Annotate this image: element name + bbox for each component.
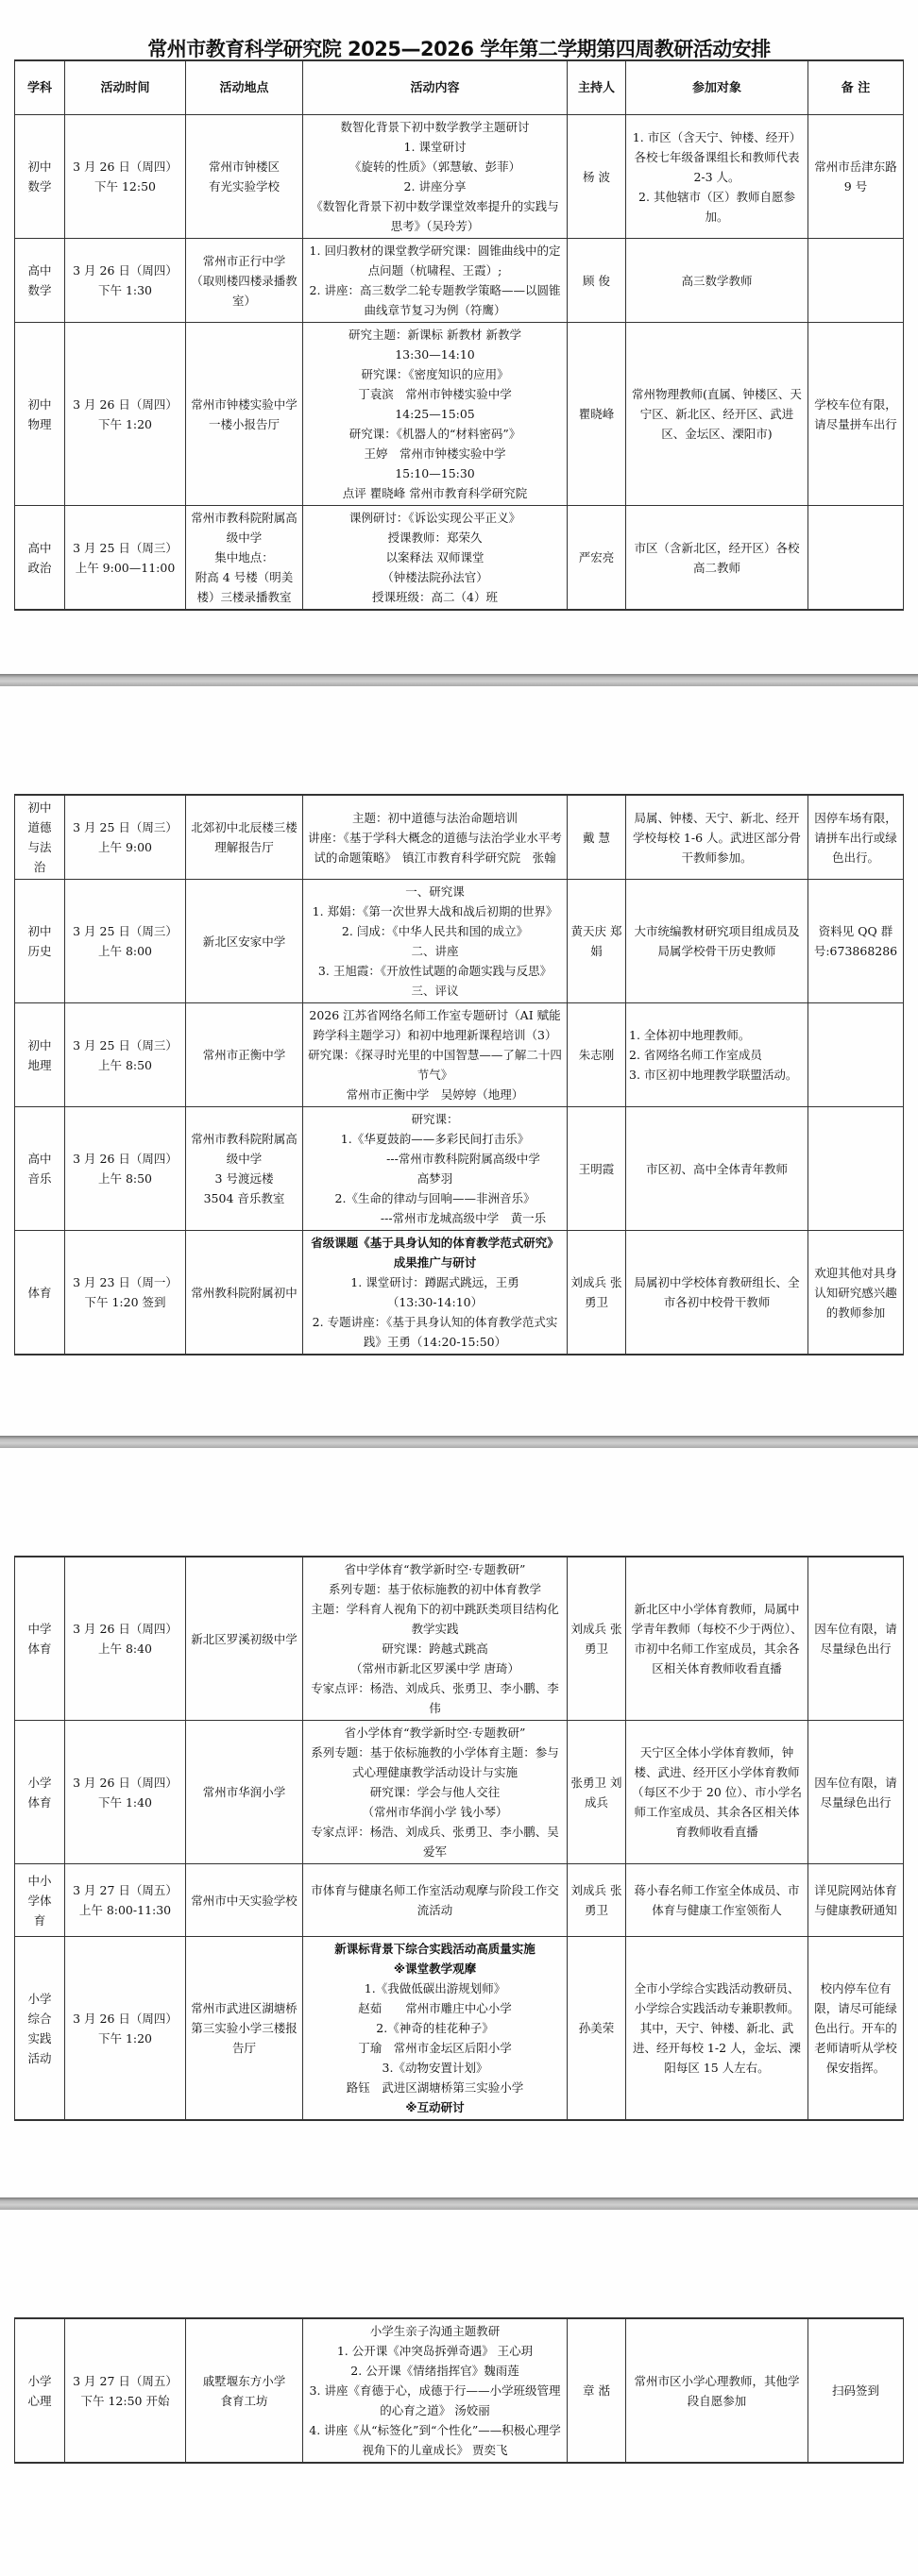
content-line: 三、评议 (306, 981, 564, 1001)
time-line: 3 月 27 日（周五） (68, 1880, 182, 1900)
subject-cell: 高中政治 (15, 506, 65, 611)
time-cell: 3 月 25 日（周三）上午 9:00—11:00 (65, 506, 186, 611)
time-line: 下午 1:20 (68, 2029, 182, 2048)
host-cell: 朱志刚 (568, 1003, 626, 1107)
host-cell: 瞿晓峰 (568, 323, 626, 506)
content-line: 1. 回归教材的课堂教学研究课：圆锥曲线中的定点问题（杭啸程、王霞）; (306, 241, 564, 280)
content-line: 1.《华夏鼓韵——多彩民间打击乐》 (306, 1129, 564, 1149)
content-cell: 省小学体育“教学新时空·专题教研”系列专题：基于依标施教的小学体育主题：参与式心… (303, 1721, 568, 1864)
content-line: 二、讲座 (306, 941, 564, 961)
subject-label: 初中数学 (26, 157, 53, 196)
time-line: 3 月 26 日（周四） (68, 395, 182, 414)
table-row: 初中历史3 月 25 日（周三）上午 8:00新北区安家中学一、研究课1. 郑娟… (15, 880, 904, 1003)
time-line: 下午 12:50 开始 (68, 2391, 182, 2411)
subject-cell: 高中数学 (15, 239, 65, 323)
notes-cell: 详见院网站体育与健康教研通知 (808, 1864, 904, 1937)
table-row: 高中政治3 月 25 日（周三）上午 9:00—11:00常州市教科院附属高级中… (15, 506, 904, 611)
host-cell: 孙美荣 (568, 1937, 626, 2121)
location-line: 有光实验学校 (189, 177, 299, 196)
time-line: 3 月 26 日（周四） (68, 261, 182, 280)
content-line: 2. 讲座：高三数学二轮专题教学策略——以圆锥曲线章节复习为例（符鹰） (306, 280, 564, 320)
notes-text: 因停车场有限，请拼车出行或绿色出行。 (811, 808, 900, 867)
content-cell: 新课标背景下综合实践活动高质量实施※课堂教学观摩1.《我做低碳出游规划师》赵茹 … (303, 1937, 568, 2121)
time-cell: 3 月 26 日（周四）下午 1:20 (65, 323, 186, 506)
content-line: 2. 专题讲座：《基于具身认知的体育教学范式实践》王勇（14:20-15:50） (306, 1312, 564, 1352)
time-line: 3 月 25 日（周三） (68, 538, 182, 558)
participants-line: 天宁区全体小学体育教师，钟楼、武进、经开区小学体育教师（每区不少于 20 位）、… (629, 1743, 805, 1842)
location-line: 常州市武进区湖塘桥第三实验小学三楼报告厅 (189, 1998, 299, 2058)
content-cell: 课例研讨：《诉讼实现公平正义》授课教师：郑荣久以案释法 双师课堂（钟楼法院孙法官… (303, 506, 568, 611)
location-line: 食育工坊 (189, 2391, 299, 2411)
time-line: 3 月 26 日（周四） (68, 1619, 182, 1639)
subject-cell: 高中音乐 (15, 1107, 65, 1231)
location-line: 常州市钟楼实验中学 (189, 395, 299, 414)
subject-cell: 初中物理 (15, 323, 65, 506)
host-cell: 张勇卫 刘成兵 (568, 1721, 626, 1864)
location-cell: 常州市武进区湖塘桥第三实验小学三楼报告厅 (186, 1937, 303, 2121)
participants-line: 新北区中小学体育教师，局属中学青年教师（每校不少于两位）、市初中名师工作室成员，… (629, 1599, 805, 1678)
content-line: 2.《神奇的桂花种子》 (306, 2018, 564, 2038)
subject-label: 初中物理 (26, 395, 53, 434)
location-cell: 北郊初中北辰楼三楼理解报告厅 (186, 795, 303, 880)
subject-label: 初中道德与法治 (26, 798, 53, 877)
host-name: 朱志刚 (570, 1045, 622, 1065)
host-name: 刘成兵 张勇卫 (570, 1619, 622, 1658)
location-cell: 常州教科院附属初中 (186, 1231, 303, 1355)
location-line: 常州市中天实验学校 (189, 1891, 299, 1911)
location-line: 新北区罗溪初级中学 (189, 1629, 299, 1649)
content-cell: 1. 回归教材的课堂教学研究课：圆锥曲线中的定点问题（杭啸程、王霞）;2. 讲座… (303, 239, 568, 323)
host-name: 孙美荣 (570, 2018, 622, 2038)
content-line: 2026 江苏省网络名师工作室专题研讨（AI 赋能跨学科主题学习）和初中地理新课… (306, 1005, 564, 1045)
header-row: 学科活动时间活动地点活动内容主持人参加对象备 注 (15, 60, 904, 115)
table-row: 初中道德与法治3 月 25 日（周三）上午 9:00北郊初中北辰楼三楼理解报告厅… (15, 795, 904, 880)
content-line: 研究课：《探寻时光里的中国智慧——了解二十四节气》 (306, 1045, 564, 1085)
subject-label: 小学体育 (26, 1773, 53, 1812)
content-line: 省中学体育“教学新时空·专题教研” (306, 1559, 564, 1579)
participants-line: 大市统编教材研究项目组成员及局属学校骨干历史教师 (629, 921, 805, 961)
content-line: 专家点评：杨浩、刘成兵、张勇卫、李小鹏、李伟 (306, 1678, 564, 1718)
content-line: 省级课题《基于具身认知的体育教学范式研究》成果推广与研讨 (306, 1233, 564, 1272)
content-line: 《数智化背景下初中数学课堂效率提升的实践与思考》（吴玲芳） (306, 196, 564, 236)
time-line: 3 月 26 日（周四） (68, 2009, 182, 2029)
content-cell: 研究课：1.《华夏鼓韵——多彩民间打击乐》---常州市教科院附属高级中学高梦羽2… (303, 1107, 568, 1231)
content-cell: 市体育与健康名师工作室活动观摩与阶段工作交流活动 (303, 1864, 568, 1937)
table-row: 小学综合实践活动3 月 26 日（周四）下午 1:20常州市武进区湖塘桥第三实验… (15, 1937, 904, 2121)
time-cell: 3 月 26 日（周四）上午 8:50 (65, 1107, 186, 1231)
table-row: 初中数学3 月 26 日（周四）下午 12:50常州市钟楼区有光实验学校数智化背… (15, 115, 904, 239)
time-cell: 3 月 23 日（周一）下午 1:20 签到 (65, 1231, 186, 1355)
participants-cell: 局属、钟楼、天宁、新北、经开学校每校 1-6 人。武进区部分骨干教师参加。 (626, 795, 808, 880)
location-line: 常州市钟楼区 (189, 157, 299, 177)
host-cell: 顾 俊 (568, 239, 626, 323)
location-cell: 常州市正行中学（取则楼四楼录播教室） (186, 239, 303, 323)
time-line: 下午 1:20 签到 (68, 1292, 182, 1312)
content-line: ---常州市教科院附属高级中学 (306, 1149, 564, 1169)
location-line: 一楼小报告厅 (189, 414, 299, 434)
subject-cell: 初中数学 (15, 115, 65, 239)
table-row: 初中物理3 月 26 日（周四）下午 1:20常州市钟楼实验中学一楼小报告厅研究… (15, 323, 904, 506)
participants-line: 市区（含新北区，经开区）各校高二教师 (629, 538, 805, 578)
notes-cell: 校内停车位有限，请尽可能绿色出行。开车的老师请听从学校保安指挥。 (808, 1937, 904, 2121)
column-header-time: 活动时间 (65, 60, 186, 115)
content-line: 《旋转的性质》（郭慧敏、彭菲） (306, 157, 564, 177)
content-line: 系列专题：基于依标施教的初中体育教学 (306, 1579, 564, 1599)
time-cell: 3 月 26 日（周四）上午 8:40 (65, 1557, 186, 1721)
subject-label: 小学综合实践活动 (26, 1989, 53, 2068)
content-line: 研究课：《机器人的“材料密码”》 (306, 424, 564, 444)
time-cell: 3 月 26 日（周四）下午 12:50 (65, 115, 186, 239)
time-line: 上午 9:00 (68, 837, 182, 857)
location-cell: 常州市正衡中学 (186, 1003, 303, 1107)
content-line: 高梦羽 (306, 1169, 564, 1188)
participants-line: 局属初中学校体育教研组长、全市各初中校骨干教师 (629, 1272, 805, 1312)
schedule-table-page-1: 学科活动时间活动地点活动内容主持人参加对象备 注初中数学3 月 26 日（周四）… (14, 59, 904, 611)
content-line: 1. 公开课《冲突岛拆弹奇遇》 王心玥 (306, 2341, 564, 2361)
content-cell: 研究主题：新课标 新教材 新教学13:30—14:10研究课：《密度知识的应用》… (303, 323, 568, 506)
time-cell: 3 月 26 日（周四）下午 1:30 (65, 239, 186, 323)
host-name: 戴 慧 (570, 828, 622, 848)
subject-cell: 初中历史 (15, 880, 65, 1003)
time-cell: 3 月 25 日（周三）上午 8:00 (65, 880, 186, 1003)
subject-label: 高中音乐 (26, 1149, 53, 1188)
location-cell: 常州市教科院附属高级中学集中地点：附高 4 号楼（明美楼）三楼录播教室 (186, 506, 303, 611)
content-line: 3.《动物安置计划》 (306, 2058, 564, 2078)
column-header-host: 主持人 (568, 60, 626, 115)
content-cell: 小学生亲子沟通主题教研1. 公开课《冲突岛拆弹奇遇》 王心玥2. 公开课《情绪指… (303, 2318, 568, 2463)
subject-cell: 初中道德与法治 (15, 795, 65, 880)
time-line: 上午 8:40 (68, 1639, 182, 1658)
host-cell: 王明霞 (568, 1107, 626, 1231)
time-cell: 3 月 26 日（周四）下午 1:20 (65, 1937, 186, 2121)
content-line: （钟楼法院孙法官） (306, 567, 564, 587)
participants-line: 2. 其他辖市（区）教师自愿参加。 (629, 187, 805, 227)
subject-label: 中小学体育 (26, 1871, 53, 1930)
host-cell: 刘成兵 张勇卫 (568, 1557, 626, 1721)
notes-cell: 常州市岳津东路 9 号 (808, 115, 904, 239)
notes-cell: 资料见 QQ 群号:673868286 (808, 880, 904, 1003)
content-line: 王婷 常州市钟楼实验中学 (306, 444, 564, 463)
content-line: 点评 瞿晓峰 常州市教育科学研究院 (306, 483, 564, 503)
participants-line: 高三数学教师 (629, 271, 805, 291)
table-row: 初中地理3 月 25 日（周三）上午 8:50常州市正衡中学2026 江苏省网络… (15, 1003, 904, 1107)
content-cell: 省级课题《基于具身认知的体育教学范式研究》成果推广与研讨1. 课堂研讨：蹲踞式跳… (303, 1231, 568, 1355)
location-line: 3504 音乐教室 (189, 1188, 299, 1208)
column-header-participants: 参加对象 (626, 60, 808, 115)
notes-text: 资料见 QQ 群号:673868286 (811, 921, 900, 961)
content-line: 常州市正衡中学 吴婷婷（地理） (306, 1085, 564, 1104)
participants-line: 1. 全体初中地理教师。 (629, 1025, 805, 1045)
location-line: （取则楼四楼录播教室） (189, 271, 299, 311)
participants-cell: 常州物理教师(直属、钟楼区、天宁区、新北区、经开区、武进区、金坛区、溧阳市) (626, 323, 808, 506)
participants-cell: 市区（含新北区，经开区）各校高二教师 (626, 506, 808, 611)
content-line: 研究主题：新课标 新教材 新教学 (306, 325, 564, 345)
content-line: ---常州市龙城高级中学 黄一乐 (306, 1208, 564, 1228)
content-line: ※课堂教学观摩 (306, 1959, 564, 1978)
content-line: 3. 王旭霞：《开放性试题的命题实践与反思》 (306, 961, 564, 981)
participants-cell: 大市统编教材研究项目组成员及局属学校骨干历史教师 (626, 880, 808, 1003)
time-line: 上午 8:00 (68, 941, 182, 961)
content-line: 3. 讲座《育德于心，成德于行——小学班级管理的心育之道》 汤姣丽 (306, 2381, 564, 2420)
notes-text: 因车位有限，请尽量绿色出行 (811, 1619, 900, 1658)
time-line: 上午 8:50 (68, 1169, 182, 1188)
host-cell: 章 湉 (568, 2318, 626, 2463)
subject-label: 高中数学 (26, 261, 53, 300)
notes-cell (808, 506, 904, 611)
host-name: 刘成兵 张勇卫 (570, 1880, 622, 1920)
participants-line: 3. 市区初中地理教学联盟活动。 (629, 1065, 805, 1085)
time-line: 3 月 25 日（周三） (68, 817, 182, 837)
subject-label: 体育 (26, 1283, 53, 1303)
time-line: 3 月 27 日（周五） (68, 2371, 182, 2391)
table-row: 体育3 月 23 日（周一）下午 1:20 签到常州教科院附属初中省级课题《基于… (15, 1231, 904, 1355)
host-cell: 杨 波 (568, 115, 626, 239)
content-line: 1. 课堂研讨 (306, 137, 564, 157)
content-line: 小学生亲子沟通主题教研 (306, 2321, 564, 2341)
table-row: 小学体育3 月 26 日（周四）下午 1:40常州市华润小学省小学体育“教学新时… (15, 1721, 904, 1864)
participants-cell: 局属初中学校体育教研组长、全市各初中校骨干教师 (626, 1231, 808, 1355)
content-line: 市体育与健康名师工作室活动观摩与阶段工作交流活动 (306, 1880, 564, 1920)
page-break-separator (0, 2197, 918, 2210)
table-row: 中小学体育3 月 27 日（周五）上午 8:00-11:30常州市中天实验学校市… (15, 1864, 904, 1937)
notes-cell: 学校车位有限，请尽量拼车出行 (808, 323, 904, 506)
content-line: 研究课：《密度知识的应用》 (306, 364, 564, 384)
location-cell: 新北区安家中学 (186, 880, 303, 1003)
column-header-location: 活动地点 (186, 60, 303, 115)
page-break-separator (0, 674, 918, 686)
notes-cell: 欢迎其他对具身认知研究感兴趣的教师参加 (808, 1231, 904, 1355)
host-name: 刘成兵 张勇卫 (570, 1272, 622, 1312)
participants-line: 蒋小春名师工作室全体成员、市体育与健康工作室领衔人 (629, 1880, 805, 1920)
participants-line: 常州物理教师(直属、钟楼区、天宁区、新北区、经开区、武进区、金坛区、溧阳市) (629, 384, 805, 444)
subject-cell: 小学体育 (15, 1721, 65, 1864)
content-cell: 数智化背景下初中数学教学主题研讨1. 课堂研讨《旋转的性质》（郭慧敏、彭菲）2.… (303, 115, 568, 239)
participants-cell: 新北区中小学体育教师，局属中学青年教师（每校不少于两位）、市初中名师工作室成员，… (626, 1557, 808, 1721)
participants-line: 市区初、高中全体青年教师 (629, 1159, 805, 1179)
document-title: 常州市教育科学研究院 2025—2026 学年第二学期第四周教研活动安排 (0, 34, 918, 62)
schedule-table-page-2: 初中道德与法治3 月 25 日（周三）上午 9:00北郊初中北辰楼三楼理解报告厅… (14, 794, 904, 1355)
location-line: 常州教科院附属初中 (189, 1283, 299, 1303)
location-cell: 常州市钟楼实验中学一楼小报告厅 (186, 323, 303, 506)
subject-label: 初中历史 (26, 921, 53, 961)
content-line: 授课班级：高二（4）班 (306, 587, 564, 607)
notes-cell: 因车位有限，请尽量绿色出行 (808, 1721, 904, 1864)
location-line: 北郊初中北辰楼三楼理解报告厅 (189, 817, 299, 857)
content-line: 研究课：跨越式跳高 (306, 1639, 564, 1658)
content-line: 专家点评：杨浩、刘成兵、张勇卫、李小鹏、吴爱军 (306, 1822, 564, 1861)
participants-cell: 全市小学综合实践活动教研员、小学综合实践活动专兼职教师。其中，天宁、钟楼、新北、… (626, 1937, 808, 2121)
notes-text: 校内停车位有限，请尽可能绿色出行。开车的老师请听从学校保安指挥。 (811, 1978, 900, 2078)
host-cell: 严宏亮 (568, 506, 626, 611)
time-line: 上午 8:50 (68, 1055, 182, 1075)
table-row: 高中数学3 月 26 日（周四）下午 1:30常州市正行中学（取则楼四楼录播教室… (15, 239, 904, 323)
participants-cell: 天宁区全体小学体育教师，钟楼、武进、经开区小学体育教师（每区不少于 20 位）、… (626, 1721, 808, 1864)
host-name: 瞿晓峰 (570, 404, 622, 424)
participants-cell: 1. 市区（含天宁、钟楼、经开）各校七年级备课组长和教师代表 2-3 人。2. … (626, 115, 808, 239)
location-line: 常州市正衡中学 (189, 1045, 299, 1065)
content-line: （常州市新北区罗溪中学 唐琦） (306, 1658, 564, 1678)
notes-cell: 扫码签到 (808, 2318, 904, 2463)
notes-cell (808, 1003, 904, 1107)
content-line: 2.《生命的律动与回响——非洲音乐》 (306, 1188, 564, 1208)
subject-cell: 初中地理 (15, 1003, 65, 1107)
participants-line: 全市小学综合实践活动教研员、小学综合实践活动专兼职教师。其中，天宁、钟楼、新北、… (629, 1978, 805, 2078)
participants-cell: 高三数学教师 (626, 239, 808, 323)
table-row: 中学体育3 月 26 日（周四）上午 8:40新北区罗溪初级中学省中学体育“教学… (15, 1557, 904, 1721)
notes-text: 因车位有限，请尽量绿色出行 (811, 1773, 900, 1812)
subject-cell: 体育 (15, 1231, 65, 1355)
location-line: 常州市教科院附属高级中学 (189, 508, 299, 547)
content-line: 4. 讲座《从“标签化”到“个性化”——积极心理学视角下的儿童成长》 贾奕飞 (306, 2420, 564, 2460)
location-line: 常州市正行中学 (189, 251, 299, 271)
content-cell: 省中学体育“教学新时空·专题教研”系列专题：基于依标施教的初中体育教学主题：学科… (303, 1557, 568, 1721)
content-cell: 一、研究课1. 郑娟：《第一次世界大战和战后初期的世界》2. 闫成：《中华人民共… (303, 880, 568, 1003)
content-line: 2. 闫成：《中华人民共和国的成立》 (306, 921, 564, 941)
host-cell: 黄天庆 郑 娟 (568, 880, 626, 1003)
notes-text: 学校车位有限，请尽量拼车出行 (811, 395, 900, 434)
page-break-separator (0, 1436, 918, 1448)
subject-cell: 小学综合实践活动 (15, 1937, 65, 2121)
time-line: 3 月 25 日（周三） (68, 1035, 182, 1055)
content-line: ※互动研讨 (306, 2097, 564, 2117)
location-cell: 常州市钟楼区有光实验学校 (186, 115, 303, 239)
time-cell: 3 月 27 日（周五）上午 8:00-11:30 (65, 1864, 186, 1937)
content-line: 路钰 武进区湖塘桥第三实验小学 (306, 2078, 564, 2097)
content-line: 15:10—15:30 (306, 463, 564, 483)
content-line: 系列专题：基于依标施教的小学体育主题：参与式心理健康教学活动设计与实施 (306, 1743, 564, 1782)
content-cell: 2026 江苏省网络名师工作室专题研讨（AI 赋能跨学科主题学习）和初中地理新课… (303, 1003, 568, 1107)
notes-cell (808, 239, 904, 323)
content-line: 2. 公开课《情绪指挥官》魏雨莲 (306, 2361, 564, 2381)
participants-line: 2. 省网络名师工作室成员 (629, 1045, 805, 1065)
time-cell: 3 月 25 日（周三）上午 8:50 (65, 1003, 186, 1107)
content-line: 赵茹 常州市雕庄中心小学 (306, 1998, 564, 2018)
location-line: 常州市教科院附属高级中学 (189, 1129, 299, 1169)
notes-cell: 因停车场有限，请拼车出行或绿色出行。 (808, 795, 904, 880)
content-line: 13:30—14:10 (306, 345, 564, 364)
time-cell: 3 月 26 日（周四）下午 1:40 (65, 1721, 186, 1864)
time-line: 3 月 25 日（周三） (68, 921, 182, 941)
location-cell: 新北区罗溪初级中学 (186, 1557, 303, 1721)
content-line: 一、研究课 (306, 882, 564, 901)
time-cell: 3 月 27 日（周五）下午 12:50 开始 (65, 2318, 186, 2463)
location-cell: 常州市中天实验学校 (186, 1864, 303, 1937)
content-line: （13:30-14:10） (306, 1292, 564, 1312)
content-line: 1.《我做低碳出游规划师》 (306, 1978, 564, 1998)
participants-line: 1. 市区（含天宁、钟楼、经开）各校七年级备课组长和教师代表 2-3 人。 (629, 127, 805, 187)
host-cell: 刘成兵 张勇卫 (568, 1864, 626, 1937)
participants-cell: 1. 全体初中地理教师。2. 省网络名师工作室成员3. 市区初中地理教学联盟活动… (626, 1003, 808, 1107)
notes-cell: 因车位有限，请尽量绿色出行 (808, 1557, 904, 1721)
notes-text: 欢迎其他对具身认知研究感兴趣的教师参加 (811, 1263, 900, 1322)
subject-label: 初中地理 (26, 1035, 53, 1075)
subject-label: 中学体育 (26, 1619, 53, 1658)
host-name: 王明霞 (570, 1159, 622, 1179)
time-line: 上午 9:00—11:00 (68, 558, 182, 578)
location-line: 戚墅堰东方小学 (189, 2371, 299, 2391)
content-line: 14:25—15:05 (306, 404, 564, 424)
table-row: 小学心理3 月 27 日（周五）下午 12:50 开始戚墅堰东方小学食育工坊小学… (15, 2318, 904, 2463)
host-name: 黄天庆 郑 娟 (570, 921, 622, 961)
subject-label: 小学心理 (26, 2371, 53, 2411)
schedule-table-page-3: 中学体育3 月 26 日（周四）上午 8:40新北区罗溪初级中学省中学体育“教学… (14, 1556, 904, 2121)
location-line: 附高 4 号楼（明美楼）三楼录播教室 (189, 567, 299, 607)
content-line: 研究课：学会与他人交往 (306, 1782, 564, 1802)
participants-cell: 常州市区小学心理教师，其他学段自愿参加 (626, 2318, 808, 2463)
time-line: 3 月 23 日（周一） (68, 1272, 182, 1292)
time-cell: 3 月 25 日（周三）上午 9:00 (65, 795, 186, 880)
schedule-table-page-4: 小学心理3 月 27 日（周五）下午 12:50 开始戚墅堰东方小学食育工坊小学… (14, 2317, 904, 2464)
content-line: 1. 课堂研讨：蹲踞式跳远，王勇 (306, 1272, 564, 1292)
location-line: 新北区安家中学 (189, 932, 299, 951)
location-cell: 戚墅堰东方小学食育工坊 (186, 2318, 303, 2463)
content-line: 丁瑜 常州市金坛区后阳小学 (306, 2038, 564, 2058)
host-name: 章 湉 (570, 2381, 622, 2400)
time-line: 下午 12:50 (68, 177, 182, 196)
table-row: 高中音乐3 月 26 日（周四）上午 8:50常州市教科院附属高级中学3 号渡远… (15, 1107, 904, 1231)
notes-text: 详见院网站体育与健康教研通知 (811, 1880, 900, 1920)
content-line: 授课教师：郑荣久 (306, 528, 564, 547)
subject-cell: 中小学体育 (15, 1864, 65, 1937)
content-line: 主题：学科育人视角下的初中跳跃类项目结构化教学实践 (306, 1599, 564, 1639)
host-cell: 刘成兵 张勇卫 (568, 1231, 626, 1355)
notes-cell (808, 1107, 904, 1231)
host-cell: 戴 慧 (568, 795, 626, 880)
time-line: 下午 1:30 (68, 280, 182, 300)
participants-line: 常州市区小学心理教师，其他学段自愿参加 (629, 2371, 805, 2411)
content-line: 研究课： (306, 1109, 564, 1129)
host-name: 严宏亮 (570, 547, 622, 567)
host-name: 张勇卫 刘成兵 (570, 1773, 622, 1812)
content-line: 数智化背景下初中数学教学主题研讨 (306, 117, 564, 137)
location-line: 3 号渡远楼 (189, 1169, 299, 1188)
subject-cell: 中学体育 (15, 1557, 65, 1721)
content-line: 省小学体育“教学新时空·专题教研” (306, 1723, 564, 1743)
subject-label: 高中政治 (26, 538, 53, 578)
participants-line: 局属、钟楼、天宁、新北、经开学校每校 1-6 人。武进区部分骨干教师参加。 (629, 808, 805, 867)
column-header-content: 活动内容 (303, 60, 568, 115)
host-name: 杨 波 (570, 167, 622, 187)
time-line: 3 月 26 日（周四） (68, 1773, 182, 1793)
time-line: 下午 1:20 (68, 414, 182, 434)
content-line: 课例研讨：《诉讼实现公平正义》 (306, 508, 564, 528)
notes-text: 扫码签到 (811, 2381, 900, 2400)
location-line: 集中地点： (189, 547, 299, 567)
content-line: 新课标背景下综合实践活动高质量实施 (306, 1939, 564, 1959)
time-line: 下午 1:40 (68, 1793, 182, 1812)
content-line: （常州市华润小学 钱小琴） (306, 1802, 564, 1822)
content-cell: 主题：初中道德与法治命题培训讲座：《基于学科大概念的道德与法治学业水平考试的命题… (303, 795, 568, 880)
content-line: 讲座：《基于学科大概念的道德与法治学业水平考试的命题策略》 镇江市教育科学研究院… (306, 828, 564, 867)
time-line: 3 月 26 日（周四） (68, 157, 182, 177)
location-cell: 常州市教科院附属高级中学3 号渡远楼3504 音乐教室 (186, 1107, 303, 1231)
time-line: 上午 8:00-11:30 (68, 1900, 182, 1920)
notes-text: 常州市岳津东路 9 号 (811, 157, 900, 196)
content-line: 主题：初中道德与法治命题培训 (306, 808, 564, 828)
location-line: 常州市华润小学 (189, 1782, 299, 1802)
content-line: 以案释法 双师课堂 (306, 547, 564, 567)
content-line: 1. 郑娟：《第一次世界大战和战后初期的世界》 (306, 901, 564, 921)
subject-cell: 小学心理 (15, 2318, 65, 2463)
content-line: 2. 讲座分享 (306, 177, 564, 196)
time-line: 3 月 26 日（周四） (68, 1149, 182, 1169)
participants-cell: 蒋小春名师工作室全体成员、市体育与健康工作室领衔人 (626, 1864, 808, 1937)
location-cell: 常州市华润小学 (186, 1721, 303, 1864)
column-header-subject: 学科 (15, 60, 65, 115)
column-header-notes: 备 注 (808, 60, 904, 115)
host-name: 顾 俊 (570, 271, 622, 291)
participants-cell: 市区初、高中全体青年教师 (626, 1107, 808, 1231)
